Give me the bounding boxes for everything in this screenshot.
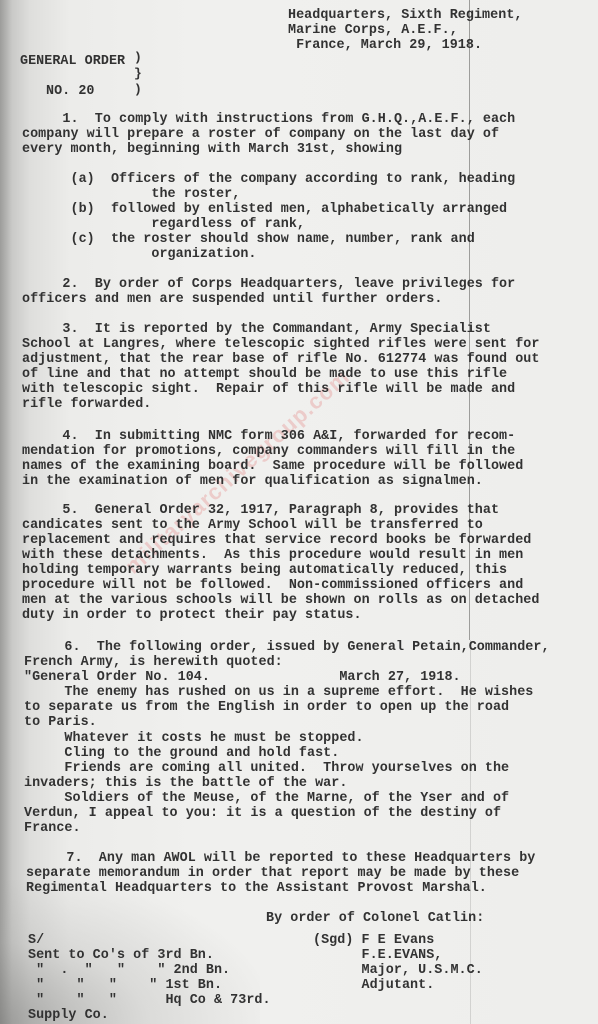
text-line: men at the various schools will be shown…	[22, 593, 539, 608]
text-line: with telescopic sight. Repair of this ri…	[22, 382, 515, 397]
bracket-bot: )	[134, 82, 144, 98]
text-line: to Paris.	[24, 715, 97, 730]
text-line: Cling to the ground and hold fast.	[24, 746, 339, 761]
text-line: 7. Any man AWOL will be reported to thes…	[26, 851, 535, 866]
list-item-b-cont: regardless of rank,	[22, 217, 305, 232]
list-item-a-cont: the roster,	[22, 187, 240, 202]
list-item-b: (b) followed by enlisted men, alphabetic…	[22, 202, 507, 217]
by-order-line: By order of Colonel Catlin:	[266, 911, 484, 926]
text-line: Soldiers of the Meuse, of the Marne, of …	[24, 791, 509, 806]
order-bracket: ) } )	[134, 50, 144, 100]
text-line: with these detachments. As this procedur…	[22, 548, 523, 563]
text-line: separate memorandum in order that report…	[26, 866, 519, 881]
text-line: 3. It is reported by the Commandant, Arm…	[22, 322, 491, 337]
distribution-line: S/	[28, 933, 44, 948]
text-line: invaders; this is the battle of the war.	[24, 776, 347, 791]
signature-line: (Sgd) F E Evans	[313, 933, 434, 948]
text-line: rifle forwarded.	[22, 397, 151, 412]
text-line: 5. General Order 32, 1917, Paragraph 8, …	[22, 503, 499, 518]
text-line: holding temporary warrants being automat…	[22, 563, 507, 578]
text-line: every month, beginning with March 31st, …	[22, 142, 402, 157]
text-line: in the examination of men for qualificat…	[22, 474, 483, 489]
distribution-line: Supply Co.	[28, 1008, 109, 1023]
text-line: officers and men are suspended until fur…	[22, 292, 442, 307]
text-line: Whatever it costs he must be stopped.	[24, 731, 364, 746]
text-line: Friends are coming all united. Throw you…	[24, 761, 509, 776]
list-item-c-cont: organization.	[22, 247, 257, 262]
distribution-line: " " " Hq Co & 73rd.	[28, 993, 271, 1008]
signature-rank: Major, U.S.M.C.	[313, 963, 483, 978]
text-line: candicates sent to the Army School will …	[22, 518, 483, 533]
header-line: Marine Corps, A.E.F.,	[288, 23, 458, 38]
header-line: France, March 29, 1918.	[288, 38, 482, 53]
text-line: School at Langres, where telescopic sigh…	[22, 337, 539, 352]
bracket-mid: }	[134, 66, 144, 82]
text-line: The enemy has rushed on us in a supreme …	[24, 685, 533, 700]
text-line: mendation for promotions, company comman…	[22, 444, 515, 459]
text-line: company will prepare a roster of company…	[22, 127, 499, 142]
text-line: procedure will not be followed. Non-comm…	[22, 578, 523, 593]
quoted-order-heading: "General Order No. 104. March 27, 1918.	[24, 670, 461, 685]
text-line: 2. By order of Corps Headquarters, leave…	[22, 277, 515, 292]
distribution-line: " . " " " 2nd Bn.	[28, 963, 230, 978]
text-line: replacement and requires that service re…	[22, 533, 531, 548]
signature-name: F.E.EVANS,	[313, 948, 442, 963]
text-line: duty in order to protect their pay statu…	[22, 608, 362, 623]
header-line: Headquarters, Sixth Regiment,	[288, 8, 523, 23]
text-line: names of the examining board. Same proce…	[22, 459, 523, 474]
text-line: to separate us from the English in order…	[24, 700, 509, 715]
text-line: France.	[24, 821, 81, 836]
bracket-top: )	[134, 50, 144, 66]
text-line: 4. In submitting NMC form 306 A&I, forwa…	[22, 429, 515, 444]
text-line: of line and that no attempt should be ma…	[22, 367, 507, 382]
order-number: NO. 20	[46, 84, 95, 99]
list-item-c: (c) the roster should show name, number,…	[22, 232, 475, 247]
distribution-line: " " " " 1st Bn.	[28, 978, 222, 993]
text-line: French Army, is herewith quoted:	[24, 655, 283, 670]
distribution-line: Sent to Co's of 3rd Bn.	[28, 948, 214, 963]
text-line: 1. To comply with instructions from G.H.…	[22, 112, 515, 127]
document-page: militaryarchivegroup.com Headquarters, S…	[0, 0, 598, 1024]
signature-title: Adjutant.	[313, 978, 434, 993]
text-line: Verdun, I appeal to you: it is a questio…	[24, 806, 501, 821]
order-title: GENERAL ORDER	[20, 54, 125, 69]
list-item-a: (a) Officers of the company according to…	[22, 172, 515, 187]
text-line: 6. The following order, issued by Genera…	[24, 640, 550, 655]
text-line: Regimental Headquarters to the Assistant…	[26, 881, 487, 896]
text-line: adjustment, that the rear base of rifle …	[22, 352, 539, 367]
